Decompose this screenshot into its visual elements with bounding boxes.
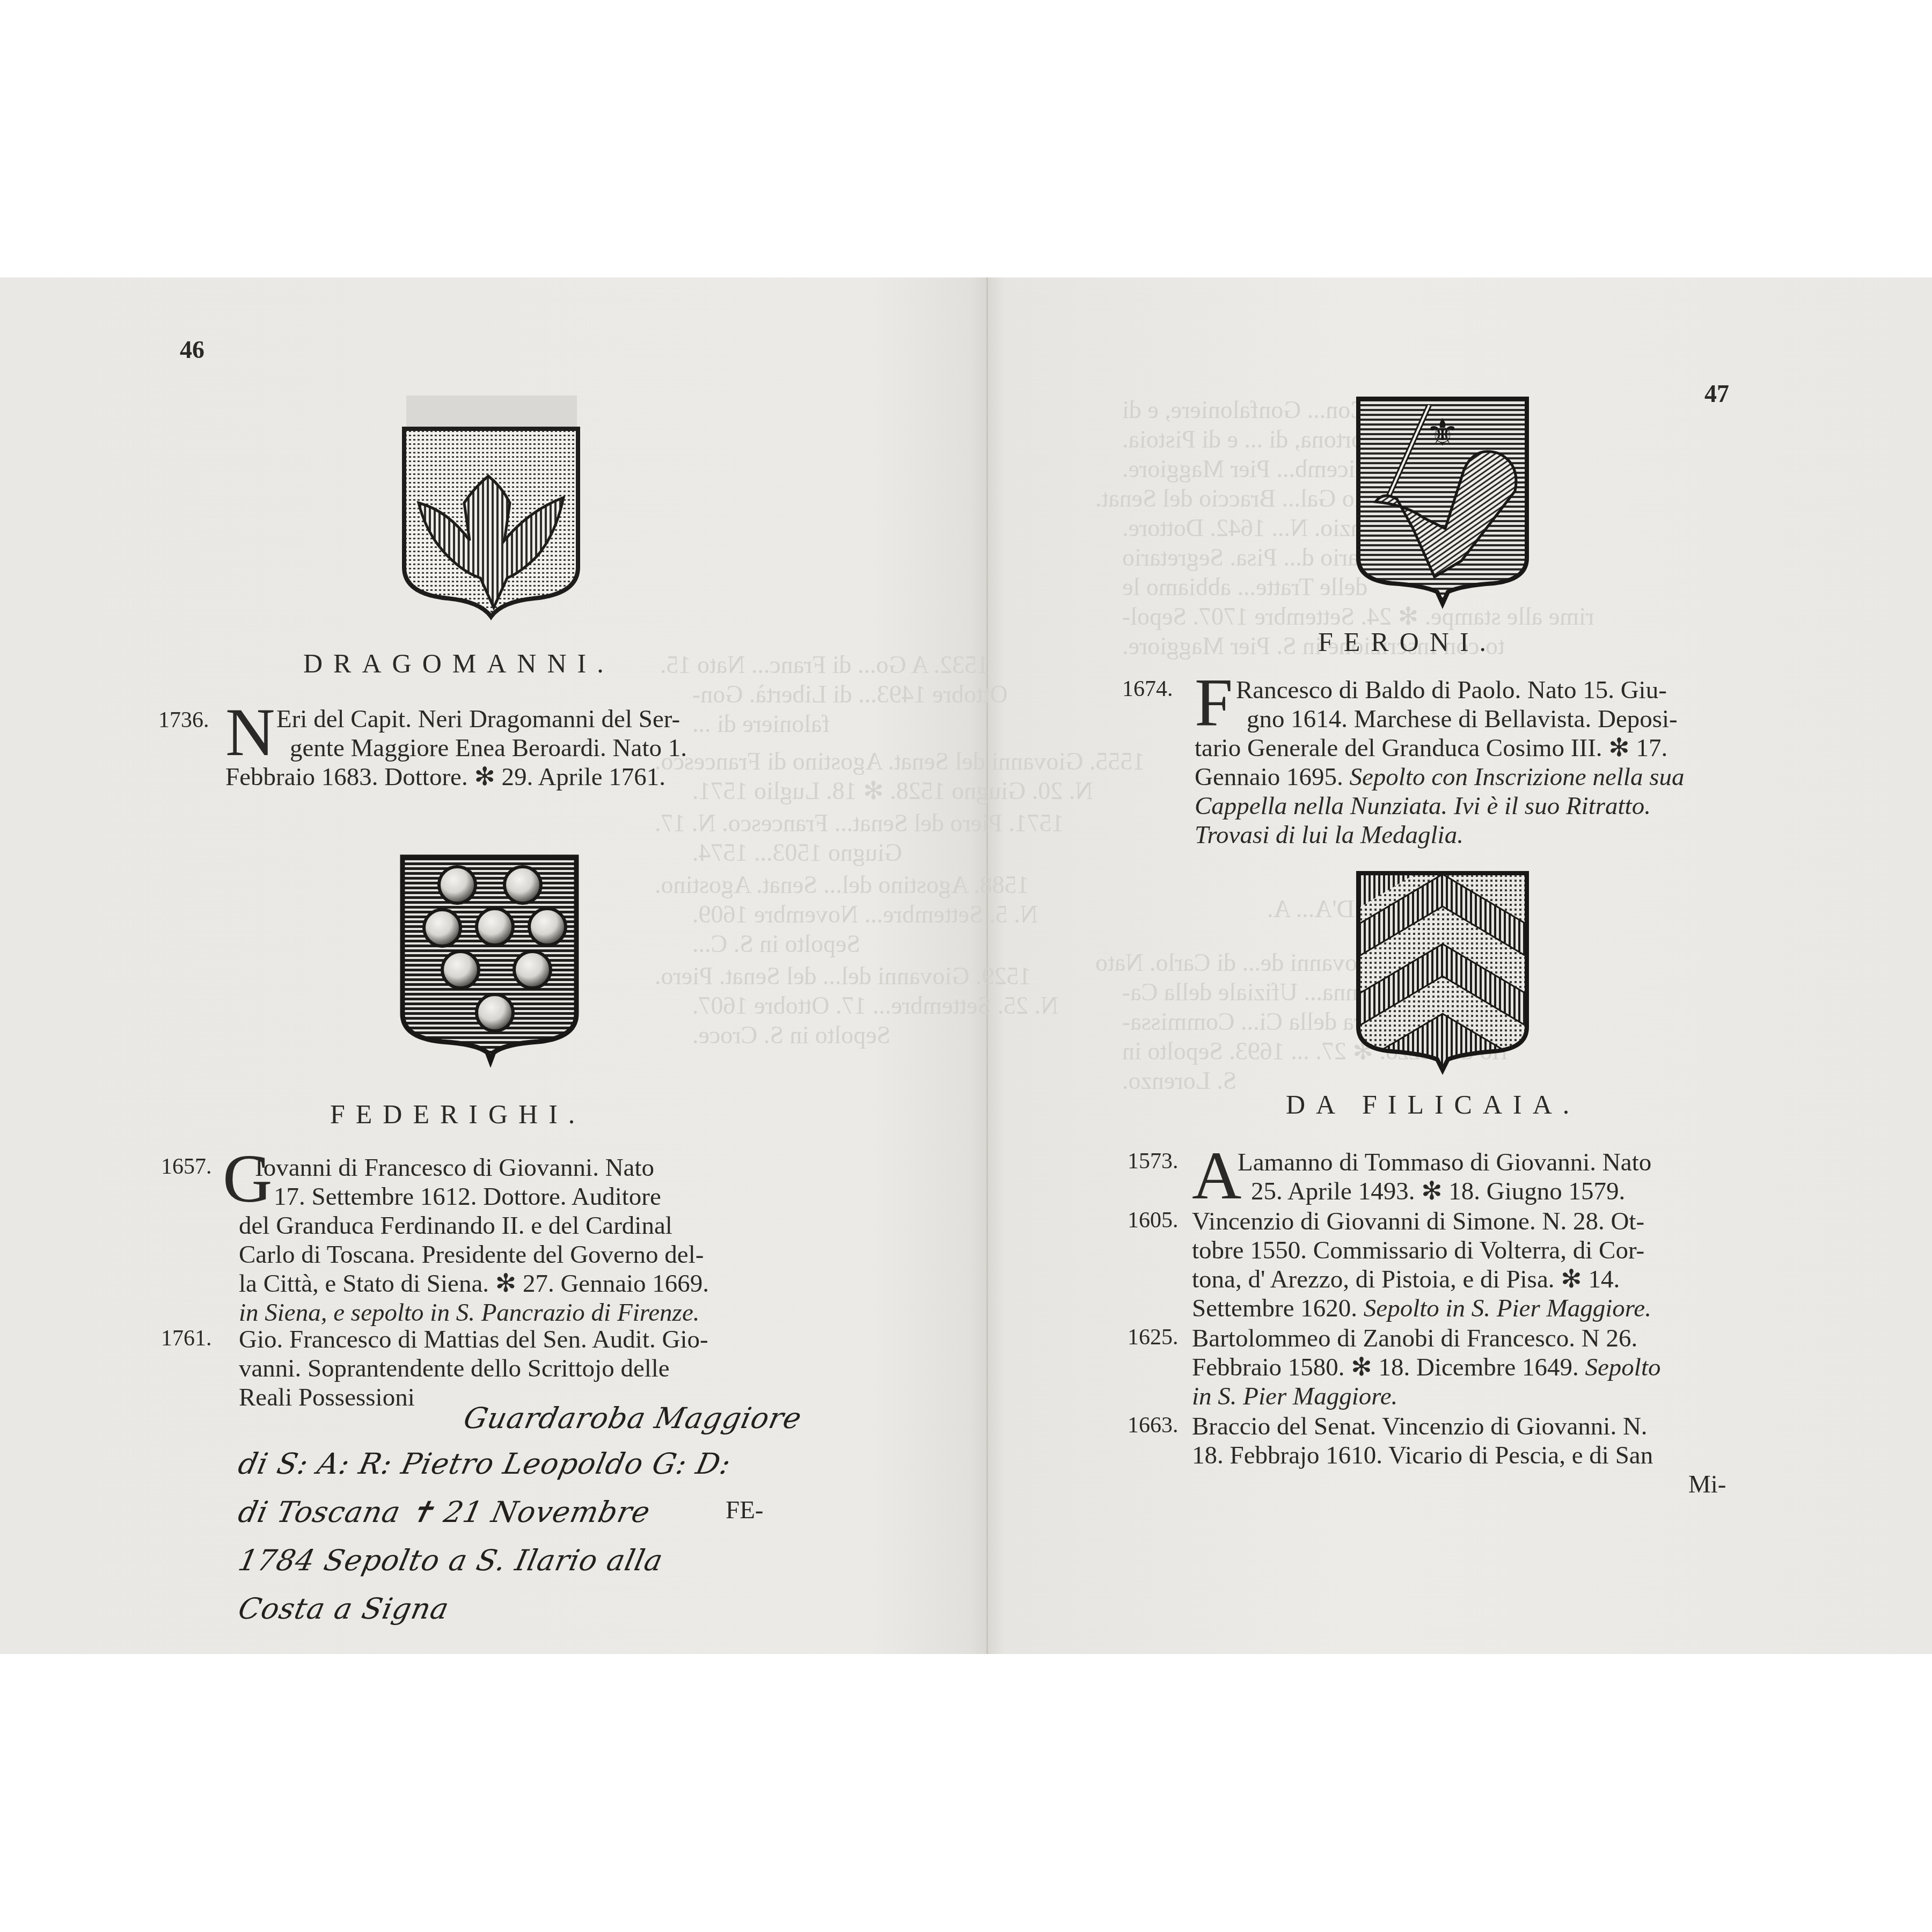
entry-line: Eri del Capit. Neri Dragomanni del Ser- — [276, 705, 680, 734]
entry-line-italic: in Siena, e sepolto in S. Pancrazio di F… — [239, 1298, 709, 1327]
shield-eagle-icon — [400, 396, 582, 621]
entry-line: Settembre 1620. — [1192, 1294, 1357, 1322]
entry-line: 18. Febbrajo 1610. Vicario di Pescia, e … — [1192, 1441, 1653, 1470]
entry-year: 1625. — [1128, 1323, 1179, 1352]
shield-chevrons-icon — [1354, 869, 1531, 1075]
entry-line: Lamanno di Tommaso di Giovanni. Nato — [1238, 1148, 1651, 1177]
entry-line: vanni. Soprantendente dello Scrittojo de… — [239, 1354, 708, 1383]
entry-line: la Città, e Stato di Siena. ✻ 27. Gennai… — [239, 1269, 709, 1298]
family-heading-feroni: FERONI. — [1318, 626, 1497, 657]
entry-line: Braccio del Senat. Vincenzio di Giovanni… — [1192, 1412, 1653, 1441]
entry-line: del Granduca Ferdinando II. e del Cardin… — [239, 1211, 709, 1240]
entry-line-italic: Cappella nella Nunziata. Ivi è il suo Ri… — [1195, 792, 1684, 821]
entry-year: 1657. — [161, 1152, 212, 1181]
right-page: Ministro. Con... Gonfaloniere, e di Cort… — [988, 277, 1932, 1654]
drop-cap: A — [1192, 1146, 1241, 1205]
shield-roundels-icon — [398, 853, 581, 1067]
entry-year: 1663. — [1128, 1411, 1179, 1440]
family-heading-dragomanni: DRAGOMANNI. — [303, 648, 614, 679]
entry-line-italic: Sepolto — [1585, 1353, 1661, 1381]
drop-cap: F — [1195, 672, 1233, 731]
entry-line: Febbraio 1683. Dottore. ✻ 29. Aprile 176… — [225, 763, 665, 792]
entry-line: 25. Aprile 1493. ✻ 18. Giugno 1579. — [1251, 1177, 1625, 1206]
entry-line-italic: Sepolto con Inscrizione nella sua — [1349, 763, 1684, 791]
page-number: 47 — [1704, 379, 1729, 408]
entry-year: 1761. — [161, 1324, 212, 1353]
catchword: Mi- — [1688, 1470, 1726, 1499]
entry-line: Vincenzio di Giovanni di Simone. N. 28. … — [1192, 1207, 1651, 1236]
entry-line-italic: Trovasi di lui la Medaglia. — [1195, 821, 1684, 850]
handwriting-line: Guardaroba Maggiore — [459, 1394, 807, 1443]
entry-line: gente Maggiore Enea Beroardi. Nato 1. — [290, 734, 687, 763]
entry-line: 17. Settembre 1612. Dottore. Auditore — [274, 1182, 661, 1211]
entry-line: Rancesco di Baldo di Paolo. Nato 15. Giu… — [1236, 676, 1667, 705]
entry-year: 1605. — [1128, 1206, 1179, 1235]
entry-line: tobre 1550. Commissario di Volterra, di … — [1192, 1236, 1651, 1265]
drop-cap: N — [225, 702, 275, 762]
entry-line: Gio. Francesco di Mattias del Sen. Audit… — [239, 1325, 708, 1354]
family-heading-federighi: FEDERIGHI. — [330, 1099, 586, 1130]
entry-year: 1736. — [158, 706, 209, 735]
handwriting-line: 1784 Sepolto a S. Ilario alla — [233, 1536, 668, 1585]
handwriting-line: di S: A: R: Pietro Leopoldo G: D: — [233, 1439, 736, 1489]
family-heading-da-filicaia: DA FILICAIA. — [1286, 1089, 1580, 1120]
handwriting-line: Costa a Signa — [233, 1584, 453, 1634]
entry-line: Iovanni di Francesco di Giovanni. Nato — [255, 1153, 654, 1182]
entry-line: tona, d' Arezzo, di Pistoia, e di Pisa. … — [1192, 1265, 1651, 1294]
svg-text:⚜: ⚜ — [1426, 411, 1460, 455]
entry-line: tario Generale del Granduca Cosimo III. … — [1195, 734, 1684, 763]
printed-text: FE- — [726, 1496, 764, 1525]
left-page: 1532. A Go... di Franc... Nato 15. Ottob… — [0, 277, 986, 1654]
handwriting-line: di Toscana ✝ 21 Novembre — [233, 1488, 655, 1537]
page-number: 46 — [180, 335, 204, 364]
entry-line: gno 1614. Marchese di Bellavista. Deposi… — [1247, 705, 1678, 734]
entry-line: Carlo di Toscana. Presidente del Governo… — [239, 1240, 709, 1269]
shield-arm-sword-fleur-de-lis-icon: ⚜ — [1354, 394, 1531, 609]
entry-line-italic: Sepolto in S. Pier Maggiore. — [1364, 1294, 1651, 1322]
entry-line-italic: in S. Pier Maggiore. — [1192, 1382, 1660, 1411]
entry-year: 1573. — [1128, 1147, 1179, 1176]
entry-line: Gennaio 1695. — [1195, 763, 1343, 791]
entry-line: Bartolommeo di Zanobi di Francesco. N 26… — [1192, 1324, 1660, 1353]
entry-line: Febbraio 1580. ✻ 18. Dicembre 1649. — [1192, 1353, 1579, 1381]
entry-year: 1674. — [1122, 675, 1173, 704]
